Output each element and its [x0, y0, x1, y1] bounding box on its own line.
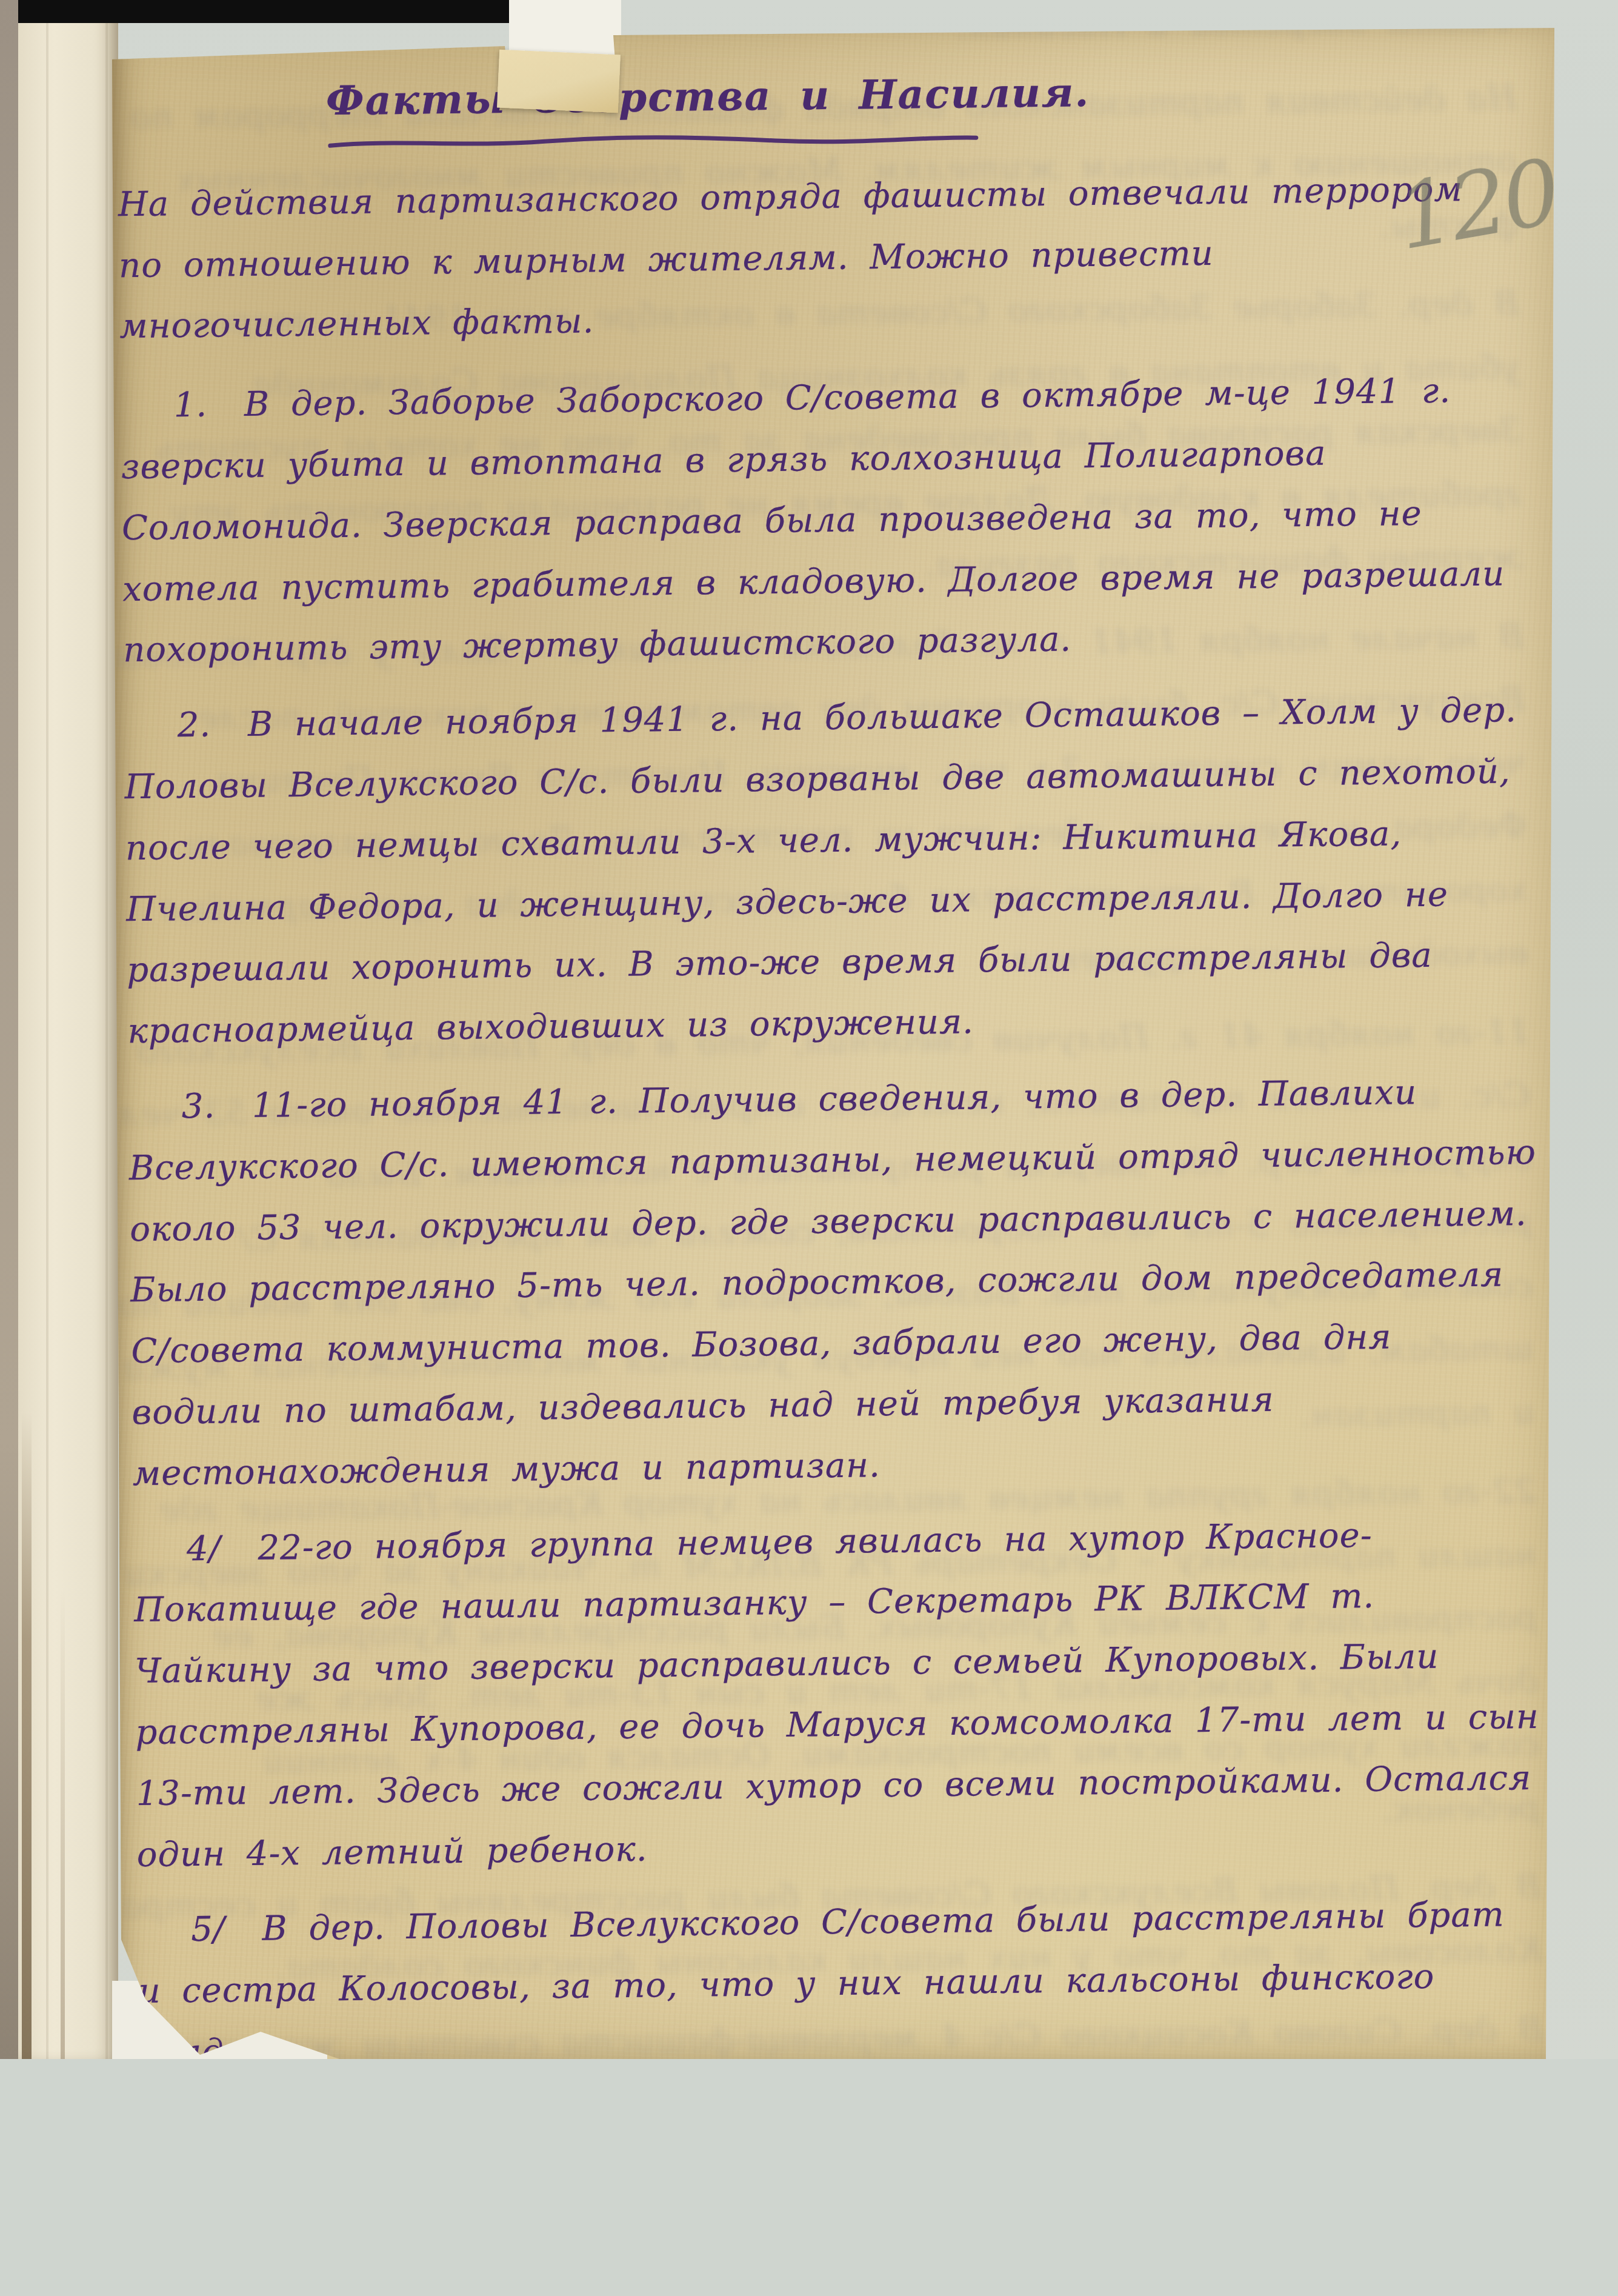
item-text: В дер. Заборье Заборского С/совета в окт… — [121, 372, 1505, 670]
document-title: Факты Зверства и Насилия. — [325, 56, 1090, 150]
item-text: В начале ноября 1941 г. на большаке Оста… — [125, 690, 1517, 1051]
scanner-left-edge — [0, 0, 18, 2059]
item-number: 1. — [173, 385, 207, 425]
intro-paragraph: На действия партизанского отряда фашисты… — [118, 159, 1526, 358]
item-number: 3. — [182, 1087, 216, 1127]
tape-fragment — [497, 50, 621, 113]
folder-paper-edge — [18, 0, 118, 2059]
underlying-page-edge-2 — [61, 1588, 65, 2059]
scan-canvas: Факты Зверства и Насилия. На действия па… — [0, 0, 1618, 2059]
handwritten-text: Факты Зверства и Насилия. На действия па… — [116, 30, 1549, 2059]
underlying-page-edge — [22, 1412, 32, 2059]
document-title-text: Факты Зверства и Насилия. — [325, 56, 1090, 137]
item-number: 4/ — [187, 1529, 221, 1569]
item-text: 11-го ноября 41 г. Получив сведения, что… — [129, 1073, 1537, 1493]
fact-item-1: 1. В дер. Заборье Заборского С/совета в … — [120, 360, 1531, 681]
item-number: 5/ — [191, 1910, 225, 1950]
fact-item-2: 2. В начале ноября 1941 г. на большаке О… — [124, 680, 1535, 1063]
fact-item-3: 3. 11-го ноября 41 г. Получив сведения, … — [128, 1061, 1540, 1505]
document-sheet: Факты Зверства и Насилия. На действия па… — [112, 24, 1554, 2059]
item-text: 22-го ноября группа немцев явилась на ху… — [134, 1515, 1539, 1874]
fact-item-5: 5/ В дер. Половы Вселукского С/совета бы… — [138, 1884, 1546, 2059]
item-text: В дер. Половы Вселукского С/совета были … — [138, 1895, 1505, 2059]
fact-item-4: 4/ 22-го ноября группа немцев явилась на… — [133, 1503, 1545, 1886]
item-number: 2. — [177, 706, 211, 746]
scanner-black-edge — [18, 0, 521, 23]
